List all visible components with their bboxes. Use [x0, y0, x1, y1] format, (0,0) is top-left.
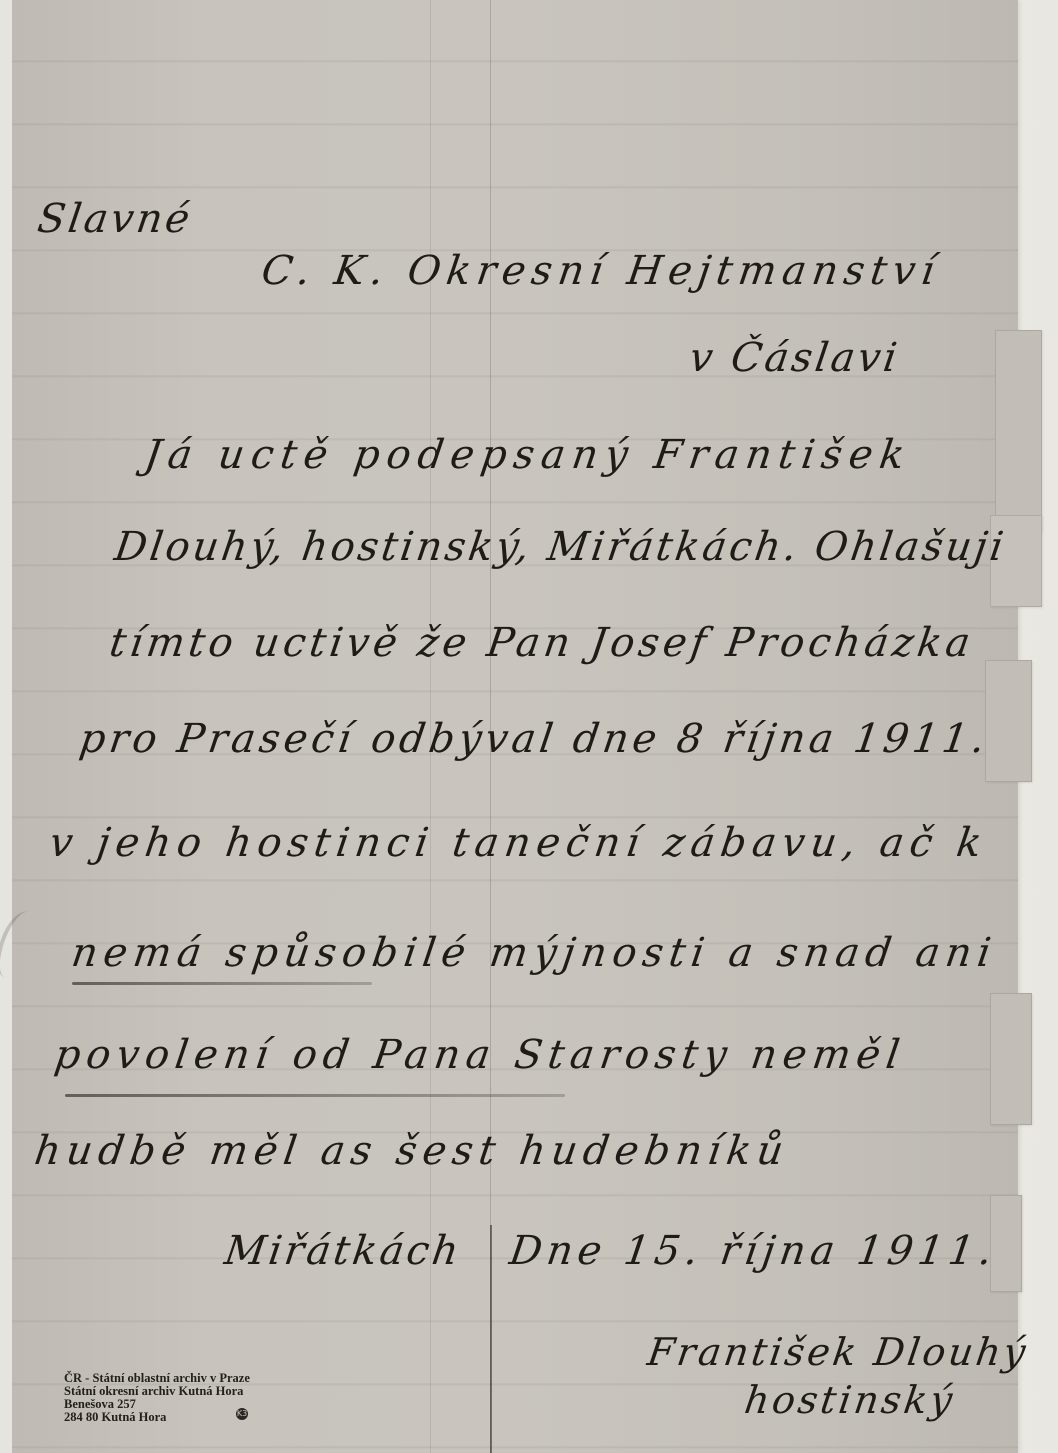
- place: Miřátkách: [222, 1228, 465, 1274]
- body-line-7: povolení od Pana Starosty neměl: [52, 1032, 909, 1078]
- signature-name: František Dlouhý: [645, 1330, 1031, 1374]
- underline: [65, 1094, 565, 1097]
- torn-edge-tab: [990, 993, 1032, 1125]
- stamp-line-4: 284 80 Kutná Hora: [64, 1411, 250, 1424]
- archive-stamp: ČR - Státní oblastní archiv v Praze Stát…: [64, 1372, 250, 1424]
- salutation: Slavné: [35, 196, 196, 242]
- body-line-2: Dlouhý, hostinský, Miřátkách. Ohlašuji: [112, 524, 1009, 570]
- body-line-1: Já uctě podepsaný František: [142, 432, 914, 478]
- date: Dne 15. října 1911.: [507, 1228, 1000, 1274]
- archive-mark-icon: K3: [236, 1408, 248, 1420]
- signature-title: hostinský: [742, 1378, 958, 1422]
- torn-edge-tab: [985, 660, 1032, 782]
- body-line-6: nemá spůsobilé mýjnosti a snad ani: [69, 930, 1000, 976]
- addressee-line-1: C. K. Okresní Hejtmanství: [259, 248, 944, 294]
- body-line-5: v jeho hostinci taneční zábavu, ač k: [47, 820, 991, 866]
- fold-line-dark: [490, 1225, 492, 1453]
- addressee-line-2: v Čáslavi: [687, 335, 903, 381]
- underline: [72, 982, 372, 985]
- torn-edge-tab: [995, 330, 1042, 532]
- body-line-8: hudbě měl as šest hudebníků: [32, 1128, 792, 1174]
- body-line-3: tímto uctivě že Pan Josef Procházka: [107, 620, 977, 666]
- body-line-4: pro Prasečí odbýval dne 8 října 1911.: [77, 716, 992, 762]
